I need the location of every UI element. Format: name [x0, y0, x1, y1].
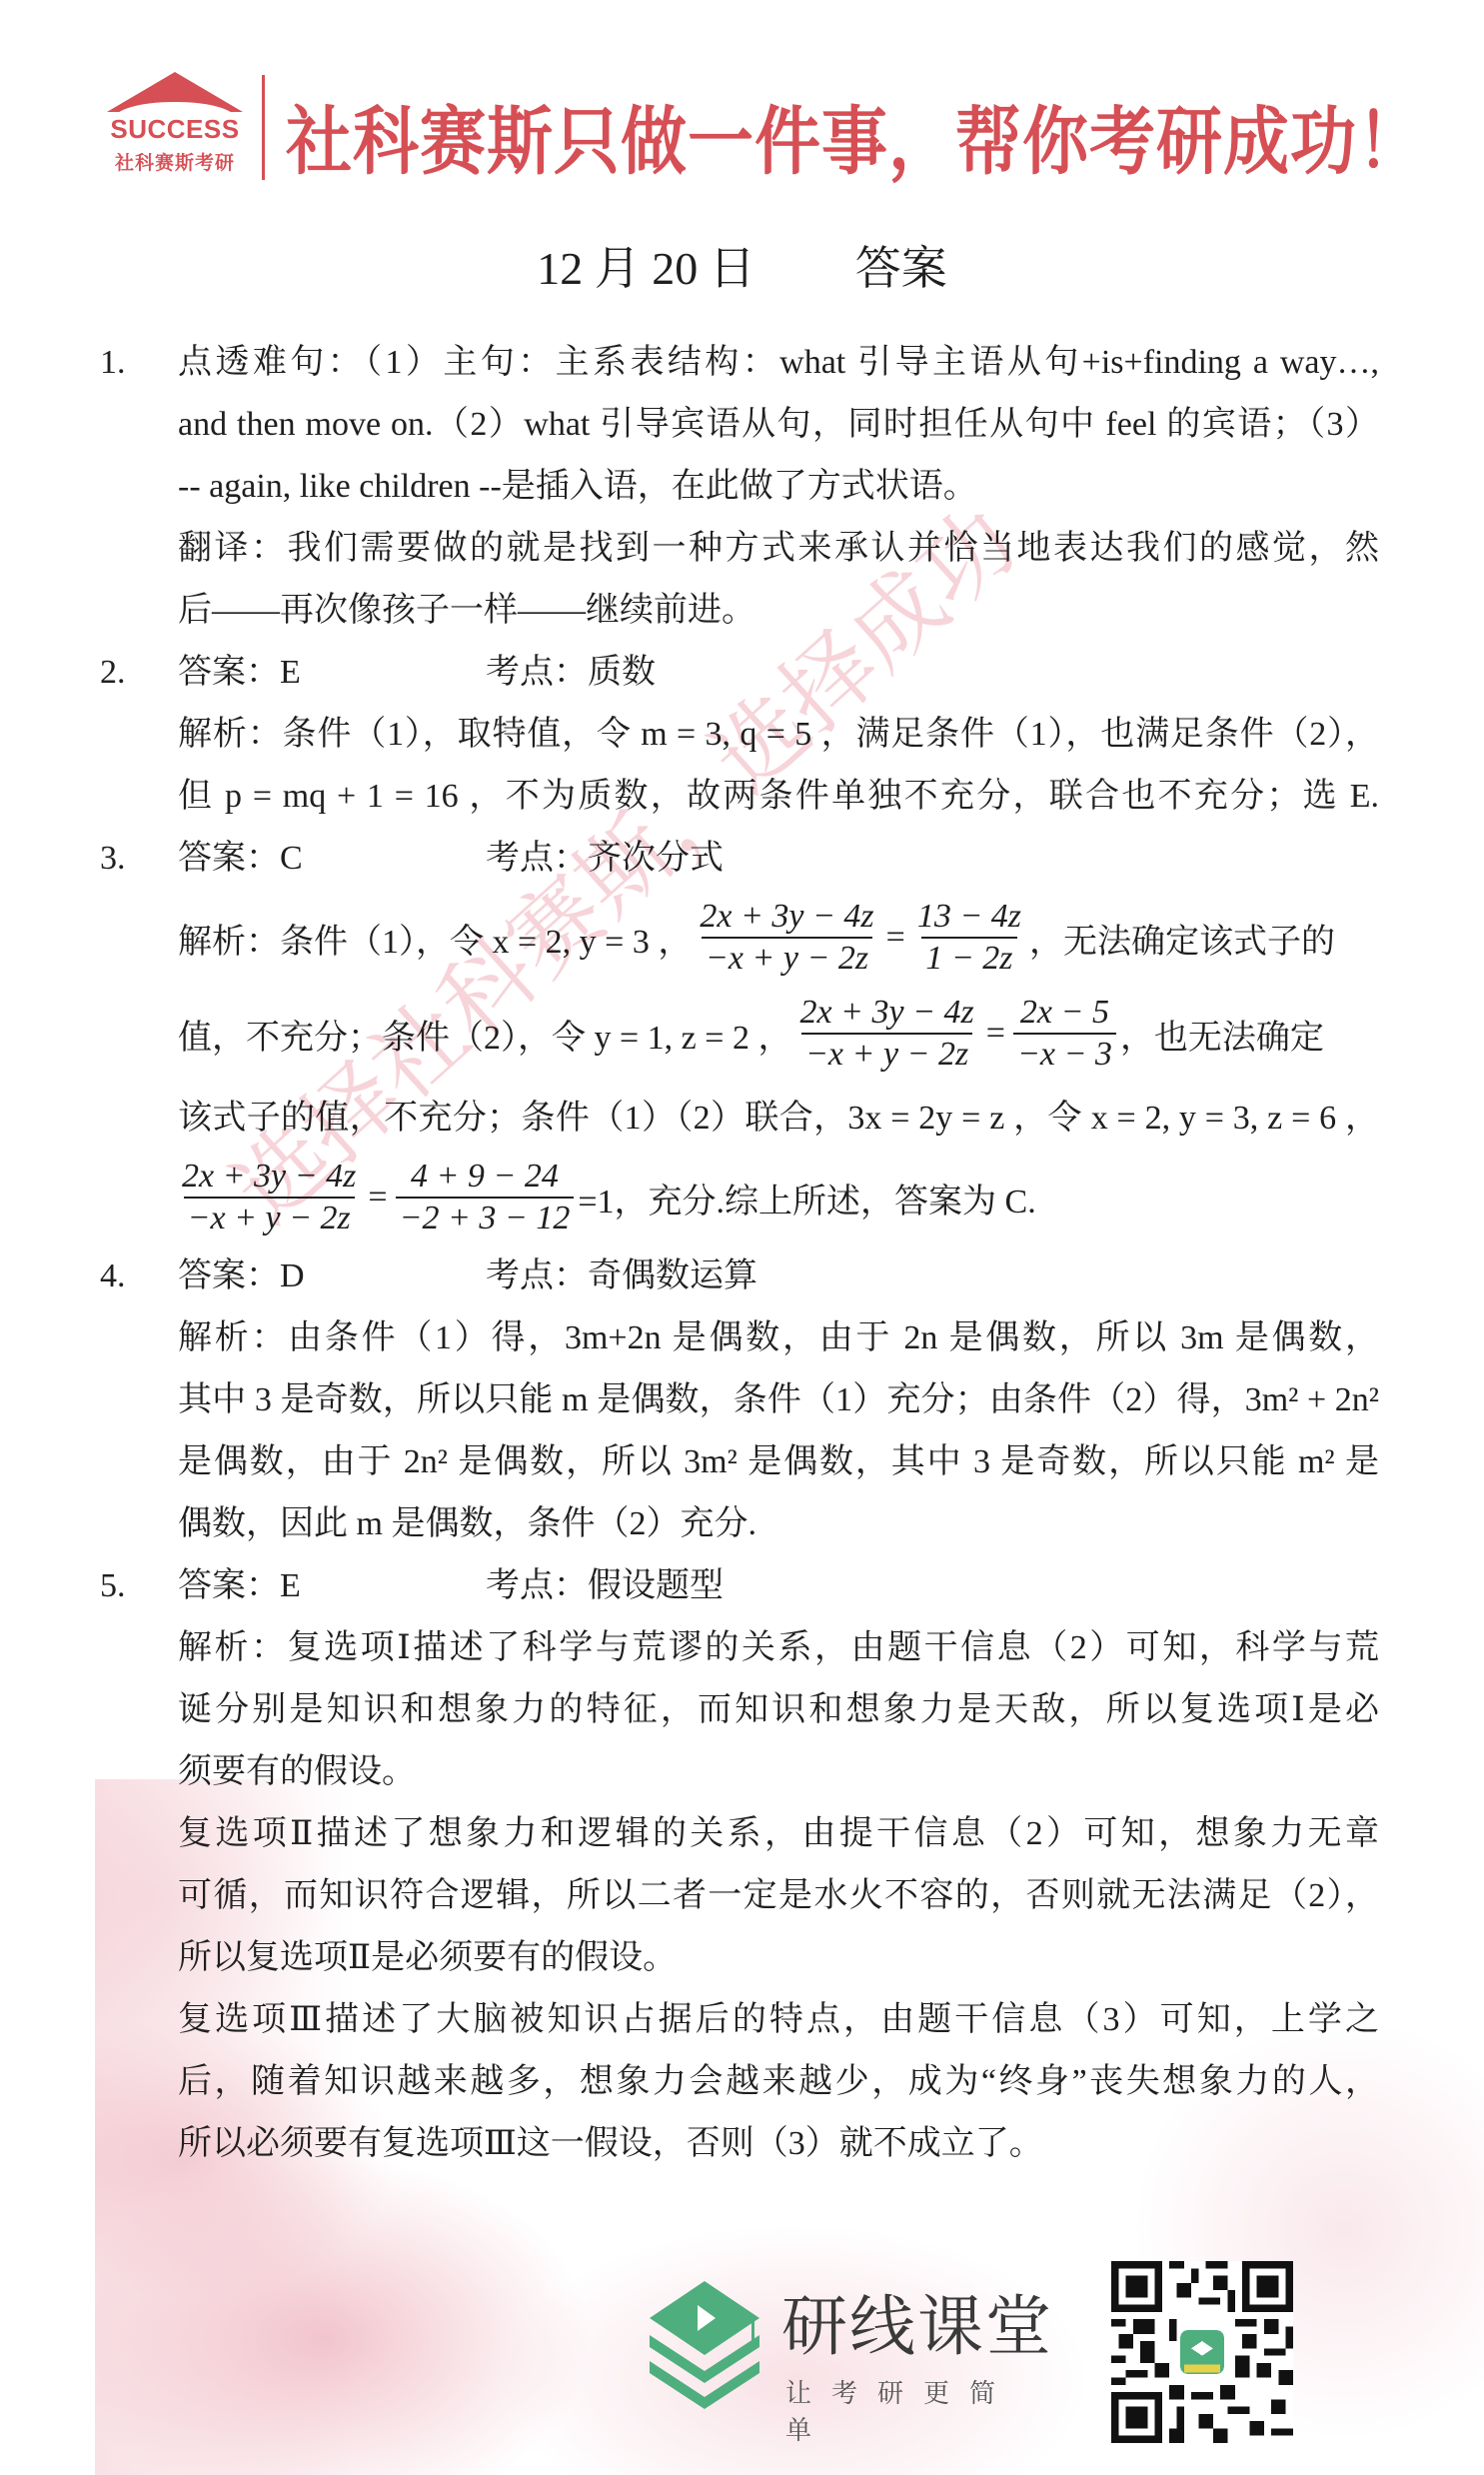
text-line: 解析：由条件（1）得，3m+2n 是偶数，由于 2n 是偶数，所以 3m 是偶数…	[178, 1307, 1379, 1369]
text-line: 解析：复选项Ⅰ描述了科学与荒谬的关系，由题干信息（2）可知，科学与荒	[178, 1617, 1379, 1679]
text-line: 后，随着知识越来越多，想象力会越来越少，成为“终身”丧失想象力的人，	[178, 2051, 1379, 2113]
fraction: 4 + 9 − 24−2 + 3 − 12	[396, 1157, 575, 1238]
text-line: 偶数，因此 m 是偶数，条件（2）充分.	[178, 1493, 1379, 1555]
fraction: 13 − 4z1 − 2z	[913, 897, 1025, 979]
logo-text-en: SUCCESS	[103, 114, 247, 145]
header-slogan: 社科赛斯只做一件事，帮你考研成功！	[286, 82, 1424, 188]
text-line: 是偶数，由于 2n² 是偶数，所以 3m² 是偶数，其中 3 是奇数，所以只能 …	[178, 1431, 1379, 1493]
text-line: 该式子的值，不充分；条件（1）（2）联合，3x = 2y = z ，令 x = …	[178, 1088, 1379, 1150]
text-line: 诞分别是知识和想象力的特征，而知识和想象力是天敌，所以复选项Ⅰ是必	[178, 1679, 1379, 1741]
topic-label: 考点：质数	[486, 654, 656, 691]
text-line: 复选项Ⅱ描述了想象力和逻辑的关系，由提干信息（2）可知，想象力无章	[178, 1803, 1379, 1865]
question-number: 3.	[100, 828, 170, 890]
formula-line: 2x + 3y − 4z−x + y − 2z = 4 + 9 − 24−2 +…	[178, 1150, 1379, 1245]
question-1: 1. 点透难句：（1）主句：主系表结构：what 引导主语从句+is+findi…	[100, 332, 1379, 642]
question-5: 5. 答案：E考点：假设题型 解析：复选项Ⅰ描述了科学与荒谬的关系，由题干信息（…	[100, 1555, 1379, 2175]
answer-label: 答案：D	[178, 1245, 486, 1307]
text-line: 所以必须要有复选项Ⅲ这一假设，否则（3）就不成立了。	[178, 2113, 1379, 2175]
question-number: 1.	[100, 332, 170, 394]
answer-label: 答案：C	[178, 828, 486, 890]
text-line: -- again, like children --是插入语，在此做了方式状语。	[178, 456, 1379, 518]
formula-line: 解析：条件（1），令 x = 2, y = 3 ， 2x + 3y − 4z−x…	[178, 890, 1379, 986]
question-3: 3. 答案：C考点：齐次分式 解析：条件（1），令 x = 2, y = 3 ，…	[100, 828, 1379, 1245]
formula-line: 值，不充分；条件（2），令 y = 1, z = 2 ， 2x + 3y − 4…	[178, 986, 1379, 1082]
page-header: SUCCESS 社科赛斯考研 社科赛斯只做一件事，帮你考研成功！	[0, 0, 1484, 200]
text-line: 其中 3 是奇数，所以只能 m 是偶数，条件（1）充分；由条件（2）得，3m² …	[178, 1369, 1379, 1431]
text-line: and then move on.（2）what 引导宾语从句，同时担任从句中 …	[178, 394, 1379, 456]
question-number: 2.	[100, 642, 170, 704]
text-line: 点透难句：（1）主句：主系表结构：what 引导主语从句+is+finding …	[178, 332, 1379, 394]
fraction: 2x + 3y − 4z−x + y − 2z	[795, 993, 977, 1075]
fraction: 2x − 5−x − 3	[1013, 993, 1116, 1075]
fraction: 2x + 3y − 4z−x + y − 2z	[696, 897, 877, 979]
text-line: 复选项Ⅲ描述了大脑被知识占据后的特点，由题干信息（3）可知，上学之	[178, 1989, 1379, 2051]
question-number: 5.	[100, 1555, 170, 1617]
question-4: 4. 答案：D考点：奇偶数运算 解析：由条件（1）得，3m+2n 是偶数，由于 …	[100, 1245, 1379, 1555]
page-title: 12 月 20 日答案	[0, 232, 1484, 298]
brand-name: 研线课堂	[781, 2273, 1053, 2368]
topic-label: 考点：奇偶数运算	[486, 1257, 757, 1294]
title-date: 12 月 20 日	[537, 243, 755, 294]
text-line: 后——再次像孩子一样——继续前进。	[178, 580, 1379, 642]
topic-label: 考点：假设题型	[486, 1567, 724, 1604]
title-label: 答案	[855, 243, 947, 294]
text-line: 但 p = mq + 1 = 16 ，不为质数，故两条件单独不充分，联合也不充分…	[178, 766, 1379, 828]
fraction: 2x + 3y − 4z−x + y − 2z	[178, 1157, 360, 1238]
brand-tagline: 让考研更简单	[785, 2373, 1059, 2447]
text-line: 所以复选项Ⅱ是必须要有的假设。	[178, 1927, 1379, 1989]
logo-text-cn: 社科赛斯考研	[103, 148, 247, 175]
question-2: 2. 答案：E考点：质数 解析：条件（1），取特值，令 m = 3, q = 5…	[100, 642, 1379, 828]
answer-label: 答案：E	[178, 642, 486, 704]
text-line: 解析：条件（1），取特值，令 m = 3, q = 5 ，满足条件（1），也满足…	[178, 704, 1379, 766]
answer-list: 1. 点透难句：（1）主句：主系表结构：what 引导主语从句+is+findi…	[100, 332, 1379, 2175]
topic-label: 考点：齐次分式	[486, 840, 724, 877]
text-line: 翻译：我们需要做的就是找到一种方式来承认并恰当地表达我们的感觉，然	[178, 518, 1379, 580]
qr-code[interactable]	[1111, 2261, 1293, 2443]
footer-brand: 研线课堂 让考研更简单	[640, 2261, 1059, 2431]
header-divider	[262, 75, 265, 180]
question-number: 4.	[100, 1245, 170, 1307]
text-line: 须要有的假设。	[178, 1741, 1379, 1803]
text-line: 可循，而知识符合逻辑，所以二者一定是水火不容的，否则就无法满足（2），	[178, 1865, 1379, 1927]
success-logo: SUCCESS 社科赛斯考研	[103, 72, 243, 182]
book-stack-play-icon	[640, 2273, 769, 2413]
answer-label: 答案：E	[178, 1555, 486, 1617]
